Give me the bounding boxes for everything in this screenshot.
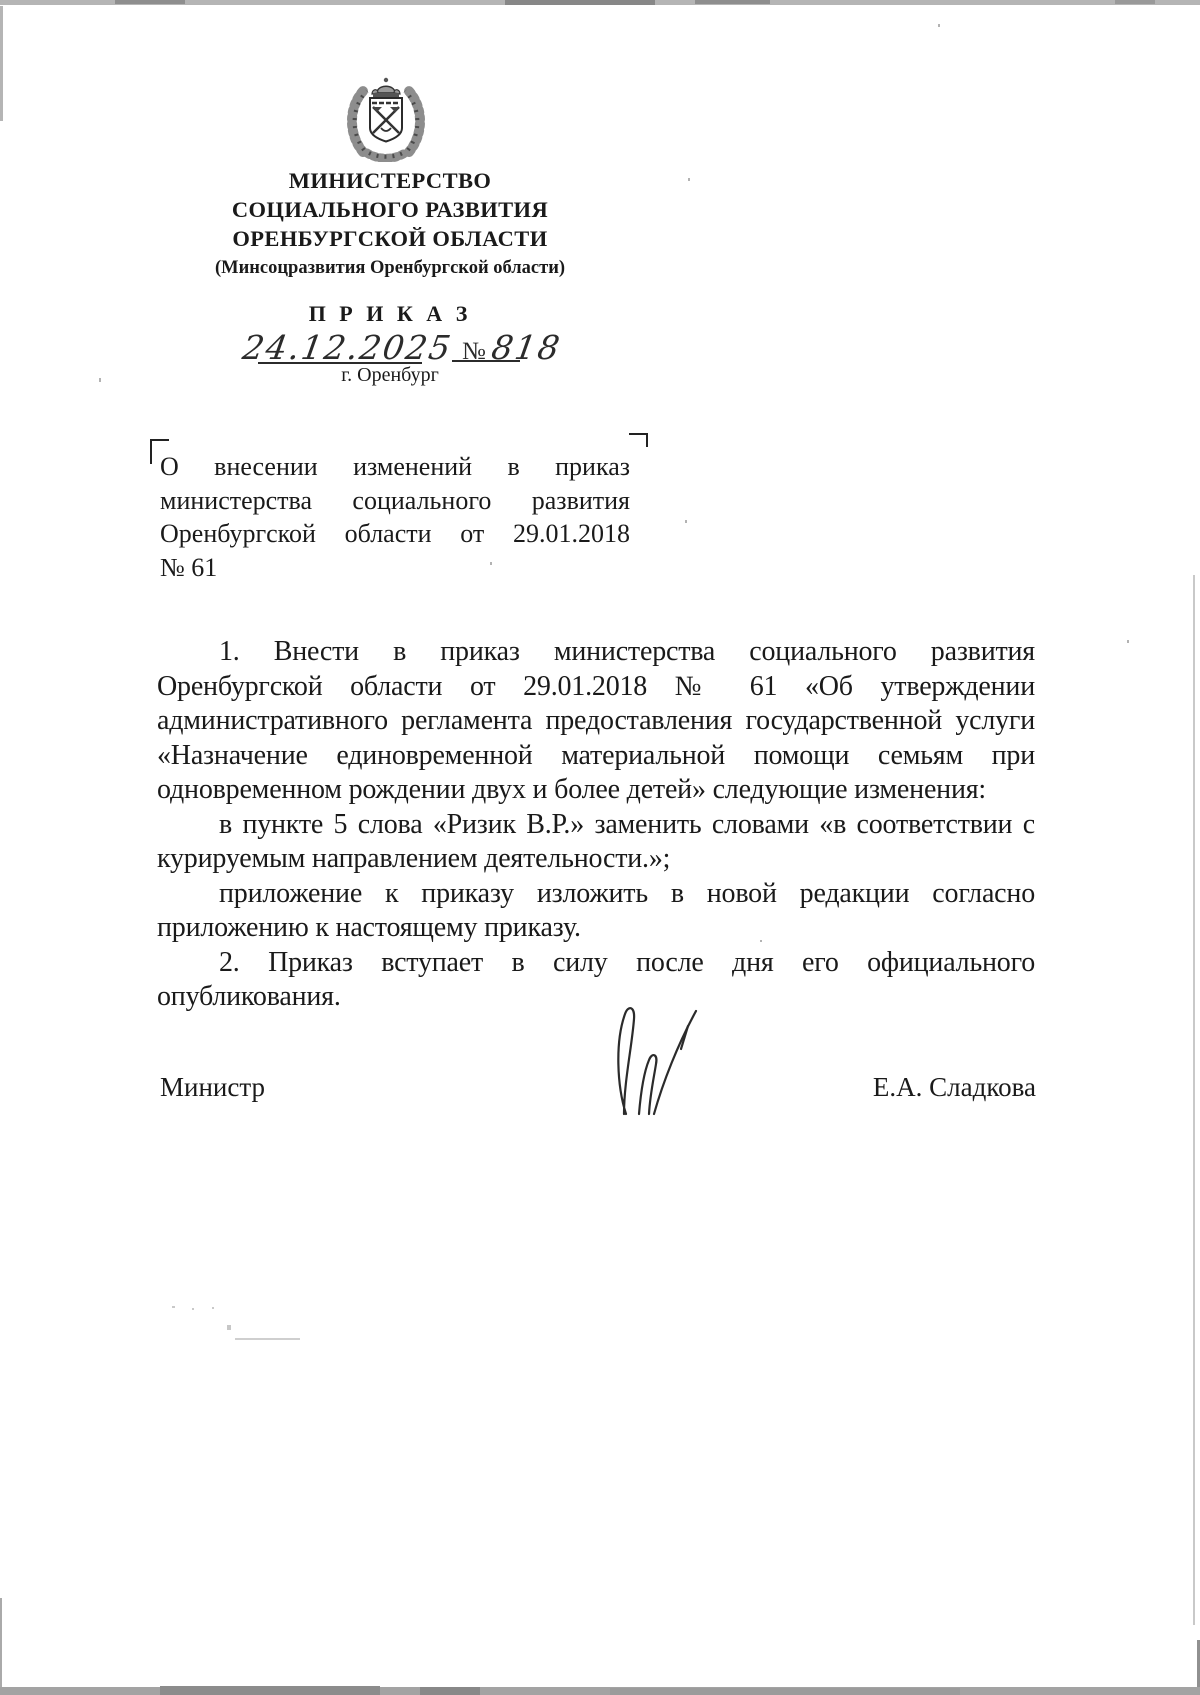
scan-artifact — [688, 178, 690, 181]
signatory-name: Е.А. Сладкова — [873, 1072, 1036, 1103]
scan-artifact — [235, 1338, 300, 1340]
subject-corner-mark-right — [629, 433, 648, 447]
scan-artifact — [160, 1686, 380, 1695]
signature-row: Министр Е.А. Сладкова — [160, 1072, 1036, 1103]
subject-line: О внесении изменений в приказ — [160, 450, 630, 484]
subject-line: № 61 — [160, 551, 630, 585]
scan-artifact — [938, 24, 940, 27]
subject-line: министерства социального развития — [160, 484, 630, 518]
ministry-name-line: СОЦИАЛЬНОГО РАЗВИТИЯ — [120, 195, 660, 224]
coat-of-arms-icon — [340, 76, 432, 162]
scan-artifact — [227, 1325, 231, 1330]
subject-line: Оренбургской области от 29.01.2018 — [160, 517, 630, 551]
scan-artifact — [1115, 0, 1155, 4]
scan-artifact — [99, 378, 101, 382]
ministry-short-name: (Минсоцразвития Оренбургской области) — [120, 256, 660, 280]
ministry-name-line: МИНИСТЕРСТВО — [120, 166, 660, 195]
scanned-order-document: МИНИСТЕРСТВО СОЦИАЛЬНОГО РАЗВИТИЯ ОРЕНБУ… — [0, 0, 1200, 1695]
scan-edge-left — [0, 6, 3, 121]
scan-artifact — [685, 520, 687, 523]
body-paragraph: в пункте 5 слова «Ризик В.Р.» заменить с… — [157, 808, 1035, 877]
scan-edge-right — [1193, 575, 1195, 1625]
document-subject: О внесении изменений в приказ министерст… — [160, 450, 630, 584]
signatory-title: Министр — [160, 1072, 265, 1103]
ministry-name-line: ОРЕНБУРГСКОЙ ОБЛАСТИ — [120, 224, 660, 253]
scan-artifact — [172, 1306, 175, 1308]
scan-artifact — [505, 0, 655, 5]
body-paragraph: приложение к приказу изложить в новой ре… — [157, 877, 1035, 946]
scan-edge-left — [0, 1598, 2, 1695]
document-body: 1. Внести в приказ министерства социальн… — [157, 635, 1035, 1015]
handwritten-number: 818 — [489, 328, 564, 368]
scan-artifact — [1127, 640, 1129, 643]
body-paragraph: 1. Внести в приказ министерства социальн… — [157, 635, 1035, 808]
letterhead: МИНИСТЕРСТВО СОЦИАЛЬНОГО РАЗВИТИЯ ОРЕНБУ… — [120, 166, 660, 280]
scan-artifact — [695, 0, 770, 4]
scan-artifact — [115, 0, 185, 4]
scan-artifact — [420, 1687, 480, 1695]
scan-artifact — [192, 1308, 194, 1310]
number-underline — [452, 360, 520, 362]
city-line: г. Оренбург — [120, 364, 660, 387]
scan-artifact — [610, 1688, 960, 1695]
scan-artifact — [212, 1307, 214, 1309]
